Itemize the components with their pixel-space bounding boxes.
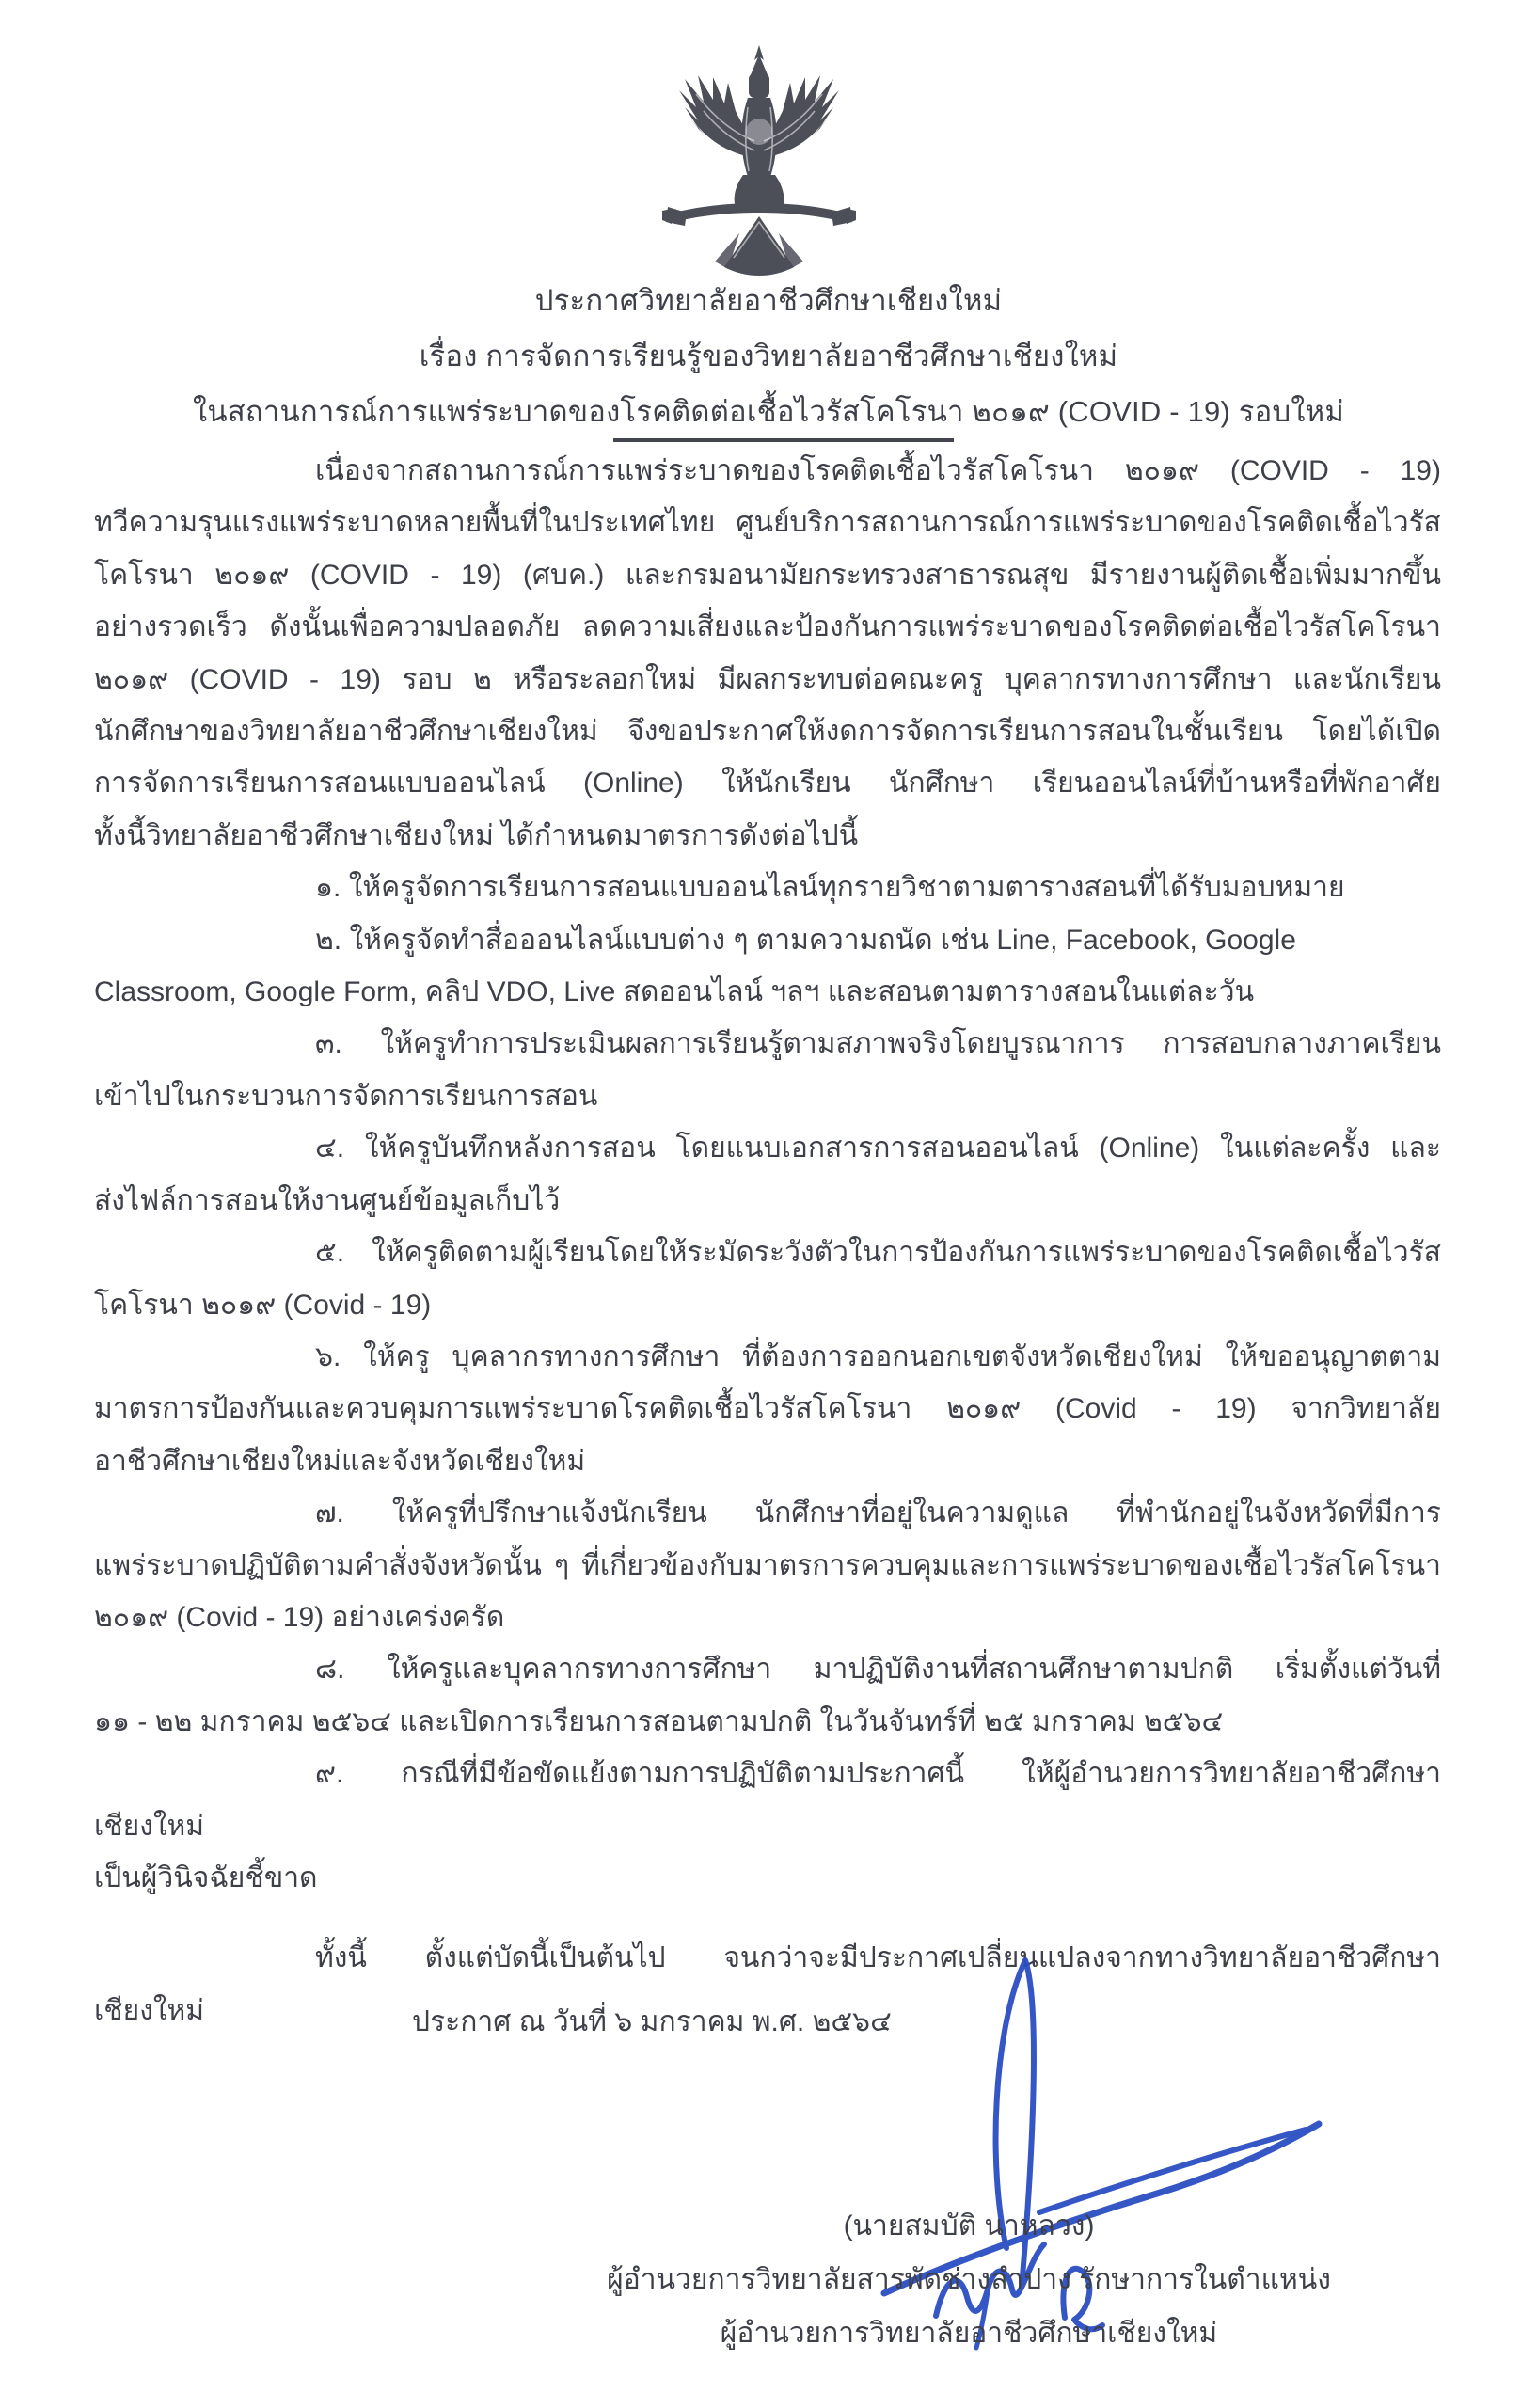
body-line: ทั้งนี้ ตั้งแต่บัดนี้เป็นต้นไป จนกว่าจะม…	[94, 1932, 1441, 1984]
body-lines: เนื่องจากสถานการณ์การแพร่ระบาดของโรคติดเ…	[94, 445, 1441, 2036]
body-line: ๖. ให้ครู บุคลากรทางการศึกษา ที่ต้องการอ…	[94, 1331, 1441, 1383]
body-line: เป็นผู้วินิจฉัยชี้ขาด	[94, 1852, 1441, 1904]
announcement-subject-line2: ในสถานการณ์การแพร่ระบาดของโรคติดต่อเชื้อ…	[0, 384, 1537, 439]
signer-title-line2: ผู้อำนวยการวิทยาลัยอาชีวศึกษาเชียงใหม่	[527, 2306, 1411, 2360]
announcement-document: ประกาศวิทยาลัยอาชีวศึกษาเชียงใหม่ เรื่อง…	[0, 0, 1537, 2408]
body-line: Classroom, Google Form, คลิป VDO, Live ส…	[94, 966, 1441, 1018]
body-line: เนื่องจากสถานการณ์การแพร่ระบาดของโรคติดเ…	[94, 445, 1441, 497]
announcement-subject: เรื่อง การจัดการเรียนรู้ของวิทยาลัยอาชีว…	[0, 328, 1537, 384]
body-line: ๒. ให้ครูจัดทำสื่อออนไลน์แบบต่าง ๆ ตามคว…	[94, 914, 1441, 966]
body-line: ๒๐๑๙ (Covid - 19) อย่างเคร่งครัด	[94, 1592, 1441, 1643]
announcement-title: ประกาศวิทยาลัยอาชีวศึกษาเชียงใหม่	[0, 273, 1537, 328]
body-line: ๗. ให้ครูที่ปรึกษาแจ้งนักเรียน นักศึกษาท…	[94, 1487, 1441, 1539]
body-line: ๑๑ - ๒๒ มกราคม ๒๕๖๔ และเปิดการเรียนการสอ…	[94, 1696, 1441, 1748]
body-line: โคโรนา ๒๐๑๙ (Covid - 19)	[94, 1279, 1441, 1331]
signer-name: (นายสมบัติ นาหลวง)	[527, 2199, 1411, 2253]
body-line: ๒๐๑๙ (COVID - 19) รอบ ๒ หรือระลอกใหม่ มี…	[94, 654, 1441, 705]
header-divider	[613, 438, 954, 442]
body-line: นักศึกษาของวิทยาลัยอาชีวศึกษาเชียงใหม่ จ…	[94, 705, 1441, 757]
body-line: อย่างรวดเร็ว ดังนั้นเพื่อความปลอดภัย ลดค…	[94, 601, 1441, 653]
body-line: ทวีความรุนแรงแพร่ระบาดหลายพื้นที่ในประเท…	[94, 497, 1441, 548]
body-line: ๘. ให้ครูและบุคลากรทางการศึกษา มาปฏิบัติ…	[94, 1643, 1441, 1695]
body-line: โคโรนา ๒๐๑๙ (COVID - 19) (ศบค.) และกรมอน…	[94, 549, 1441, 601]
body-line: แพร่ระบาดปฏิบัติตามคำสั่งจังหวัดนั้น ๆ ท…	[94, 1540, 1441, 1592]
body-line: ๓. ให้ครูทำการประเมินผลการเรียนรู้ตามสภา…	[94, 1018, 1441, 1069]
body-line: ๔. ให้ครูบันทึกหลังการสอน โดยแนบเอกสารกา…	[94, 1122, 1441, 1174]
signer-title-line1: ผู้อำนวยการวิทยาลัยสารพัดช่างลำปาง รักษา…	[527, 2253, 1411, 2306]
body-line: ๙. กรณีที่มีข้อขัดแย้งตามการปฏิบัติตามปร…	[94, 1748, 1441, 1852]
body-line: ๑. ให้ครูจัดการเรียนการสอนแบบออนไลน์ทุกร…	[94, 862, 1441, 913]
signer-block: (นายสมบัติ นาหลวง) ผู้อำนวยการวิทยาลัยสา…	[527, 2199, 1411, 2360]
body-line: ทั้งนี้วิทยาลัยอาชีวศึกษาเชียงใหม่ ได้กำ…	[94, 810, 1441, 862]
body-line: ๕. ให้ครูติดตามผู้เรียนโดยให้ระมัดระวังต…	[94, 1227, 1441, 1278]
body-line: มาตรการป้องกันและควบคุมการแพร่ระบาดโรคติ…	[94, 1383, 1441, 1434]
garuda-emblem-icon	[658, 45, 860, 277]
document-header: ประกาศวิทยาลัยอาชีวศึกษาเชียงใหม่ เรื่อง…	[0, 273, 1537, 439]
body-line: อาชีวศึกษาเชียงใหม่และจังหวัดเชียงใหม่	[94, 1435, 1441, 1487]
body-line: เข้าไปในกระบวนการจัดการเรียนการสอน	[94, 1070, 1441, 1122]
promulgation-date: ประกาศ ณ วันที่ ๖ มกราคม พ.ศ. ๒๕๖๔	[412, 2000, 892, 2044]
body-line: ส่งไฟล์การสอนให้งานศูนย์ข้อมูลเก็บไว้	[94, 1175, 1441, 1227]
body-line: การจัดการเรียนการสอนแบบออนไลน์ (Online) …	[94, 757, 1441, 809]
